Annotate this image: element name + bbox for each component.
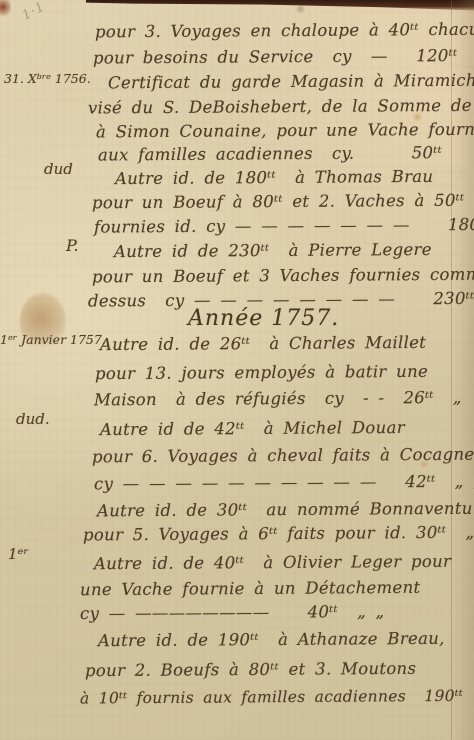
margin-ditto-note: dud. (16, 410, 50, 428)
manuscript-line: à 10ᵗᵗ fournis aux familles acadiennes 1… (80, 687, 474, 708)
pencil-folio-mark: 1·1 (20, 0, 48, 24)
manuscript-line: pour besoins du Service cy — 120ᵗᵗ „ „ (93, 45, 474, 67)
manuscript-line: pour un Boeuf à 80ᵗᵗ et 2. Vaches à 50ᵗᵗ (92, 191, 465, 213)
manuscript-line: à Simon Counaine, pour une Vache fournie (96, 120, 474, 142)
manuscript-line: cy — ———————— 40ᵗᵗ „ „ (80, 602, 384, 623)
manuscript-line: Autre id. de 180ᵗᵗ à Thomas Brau (115, 167, 433, 188)
year-heading: Année 1757. (188, 306, 339, 331)
manuscript-line: visé du S. DeBoishebert, de la Somme de … (88, 96, 474, 118)
manuscript-line: Autre id. de 26ᵗᵗ à Charles Maillet (100, 333, 426, 354)
margin-date-note: 1ᵉʳ Janvier 1757. (0, 332, 106, 347)
manuscript-line: pour 2. Boeufs à 80ᵗᵗ et 3. Moutons (85, 659, 416, 680)
manuscript-line: Maison à des réfugiés cy - - 26ᵗᵗ „ „ (94, 388, 474, 410)
manuscript-line: Certificat du garde Magasin à Miramichy (108, 71, 474, 93)
manuscript-line: pour 5. Voyages à 6ᵗᵗ faits pour id. 30ᵗ… (83, 523, 474, 545)
manuscript-line: une Vache fournie à un Détachement (80, 578, 421, 599)
manuscript-line: Autre id. de 190ᵗᵗ à Athanaze Breau, (98, 629, 445, 650)
margin-date-note: 31. Xᵇʳᵉ 1756. (4, 71, 91, 86)
manuscript-line: pour un Boeuf et 3 Vaches fournies comme (92, 265, 474, 287)
manuscript-line: pour 6. Voyages à cheval faits à Cocagne (92, 445, 474, 467)
margin-date-note: 1ᵉʳ (8, 545, 29, 563)
margin-paraph: P. (66, 236, 79, 255)
manuscript-line: Autre id de 230ᵗᵗ à Pierre Legere (114, 240, 432, 261)
manuscript-page-photo: ·· ····· ··· ···· ···· ·· ··· ······ 1·1… (0, 0, 474, 740)
manuscript-line: Autre id. de 30ᵗᵗ au nommé Bonnaventure (97, 499, 474, 521)
manuscript-line: pour 3. Voyages en chaloupe à 40ᵗᵗ chacu… (95, 20, 474, 42)
photo-edge-top (86, 0, 474, 12)
stain-dot (297, 6, 304, 12)
manuscript-line: Autre id. de 40ᵗᵗ à Olivier Leger pour (94, 552, 451, 573)
manuscript-line: fournies id. cy — — — — — — — 180ᵗᵗ „ „ (94, 214, 474, 236)
manuscript-line: Autre id de 42ᵗᵗ à Michel Douar (100, 418, 405, 439)
manuscript-line: cy — — — — — — — — — — 42ᵗᵗ „ „ (94, 472, 474, 494)
binding-corner-spot (0, 0, 11, 18)
manuscript-line: aux familles acadiennes cy. 50ᵗᵗ „ „ (98, 143, 474, 165)
manuscript-line: pour 13. jours employés à batir une (95, 362, 428, 383)
margin-ditto-note: dud (44, 160, 73, 178)
